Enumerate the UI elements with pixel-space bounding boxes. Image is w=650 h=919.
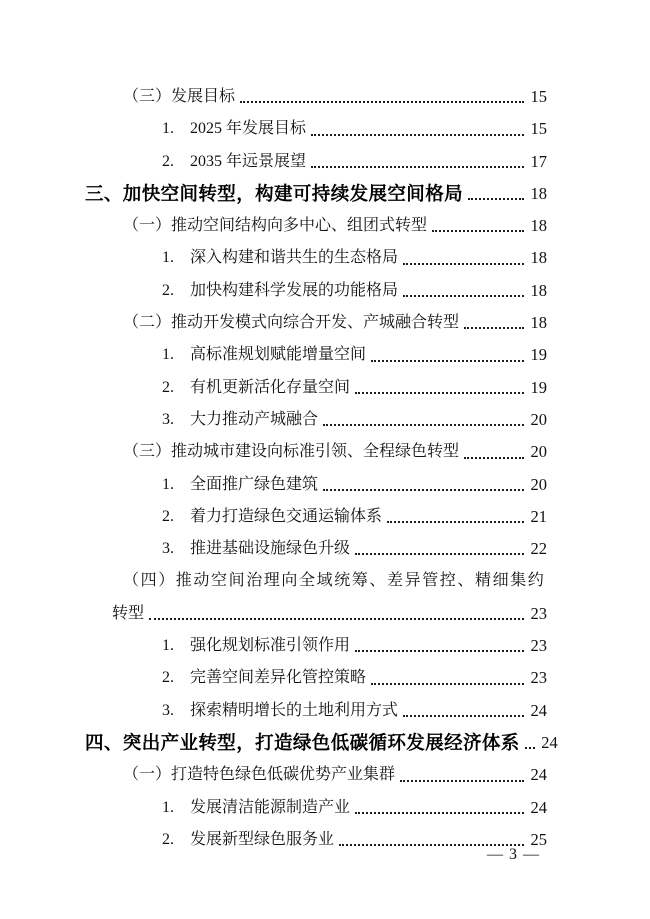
toc-dot-leader <box>464 457 524 459</box>
toc-entry-label: 3. 探索精明增长的土地利用方式 <box>162 695 398 727</box>
toc-entry-label: 2. 完善空间差异化管控策略 <box>162 662 366 694</box>
toc-entry-label: （三）发展目标 <box>123 81 235 113</box>
toc-page-number: 18 <box>527 210 547 242</box>
toc-dot-leader <box>323 424 524 426</box>
toc-dot-leader <box>403 715 524 717</box>
toc-entry: （三）推动城市建设向标准引领、全程绿色转型 20 <box>123 436 547 468</box>
toc-entry: 1. 深入构建和谐共生的生态格局 18 <box>162 242 547 274</box>
toc-dot-leader <box>387 521 524 523</box>
toc-entry: 1. 强化规划标准引领作用 23 <box>162 630 547 662</box>
toc-page-number: 18 <box>527 242 547 274</box>
table-of-contents: （三）发展目标 15 1. 2025 年发展目标 15 2. 2035 年远景展… <box>85 81 547 856</box>
toc-page-number: 18 <box>527 178 547 210</box>
toc-entry: 2. 完善空间差异化管控策略 23 <box>162 662 547 694</box>
toc-page-number: 23 <box>527 630 547 662</box>
toc-entry: 3. 探索精明增长的土地利用方式 24 <box>162 695 547 727</box>
toc-page-number: 18 <box>527 307 547 339</box>
toc-page-number: 19 <box>527 372 547 404</box>
toc-entry-wrapped-second-line: 转型 23 <box>112 598 547 630</box>
toc-entry: 3. 大力推动产城融合 20 <box>162 404 547 436</box>
toc-entry: 3. 推进基础设施绿色升级 22 <box>162 533 547 565</box>
toc-entry-label: 三、加快空间转型，构建可持续发展空间格局 <box>85 178 463 210</box>
toc-entry: 2. 2035 年远景展望 17 <box>162 146 547 178</box>
toc-page-number: 23 <box>527 598 547 630</box>
toc-entry: 1. 2025 年发展目标 15 <box>162 113 547 145</box>
toc-page-number: 24 <box>527 759 547 791</box>
toc-entry-label: 2. 发展新型绿色服务业 <box>162 824 334 856</box>
toc-dot-leader <box>432 230 524 232</box>
toc-entry-label: 2. 2035 年远景展望 <box>162 146 306 178</box>
toc-entry-label: 转型 <box>112 598 144 630</box>
toc-page-number: 15 <box>527 81 547 113</box>
toc-entry-label: （一）打造特色绿色低碳优势产业集群 <box>123 759 395 791</box>
toc-entry: 1. 发展清洁能源制造产业 24 <box>162 792 547 824</box>
toc-page-number: 20 <box>527 436 547 468</box>
toc-dot-leader <box>400 780 524 782</box>
toc-dot-leader <box>464 327 524 329</box>
toc-page-number: 20 <box>527 404 547 436</box>
toc-entry-label: 四、突出产业转型，打造绿色低碳循环发展经济体系 <box>85 727 520 759</box>
toc-page-number: 24 <box>538 727 558 759</box>
toc-entry: 2. 着力打造绿色交通运输体系 21 <box>162 501 547 533</box>
toc-entry-label: （三）推动城市建设向标准引领、全程绿色转型 <box>123 436 459 468</box>
toc-entry-label: （四）推动空间治理向全域统筹、差异管控、精细集约 <box>123 565 547 597</box>
toc-dot-leader <box>403 295 524 297</box>
toc-entry-label: 1. 发展清洁能源制造产业 <box>162 792 350 824</box>
toc-dot-leader <box>403 263 524 265</box>
toc-entry-chapter: 四、突出产业转型，打造绿色低碳循环发展经济体系 24 <box>85 727 547 759</box>
toc-entry-label: 3. 推进基础设施绿色升级 <box>162 533 350 565</box>
toc-entry-chapter: 三、加快空间转型，构建可持续发展空间格局 18 <box>85 178 547 210</box>
toc-page-number: 20 <box>527 469 547 501</box>
toc-dot-leader <box>355 812 524 814</box>
toc-page-number: 23 <box>527 662 547 694</box>
toc-entry-label: 3. 大力推动产城融合 <box>162 404 318 436</box>
toc-entry: 1. 高标准规划赋能增量空间 19 <box>162 339 547 371</box>
toc-entry-wrapped-first-line: （四）推动空间治理向全域统筹、差异管控、精细集约 <box>123 565 547 597</box>
toc-dot-leader <box>371 683 524 685</box>
page-number-footer: — 3 — <box>487 846 540 864</box>
toc-dot-leader <box>323 489 524 491</box>
toc-dot-leader <box>149 618 524 620</box>
toc-page-number: 24 <box>527 792 547 824</box>
toc-page-number: 18 <box>527 275 547 307</box>
toc-entry: 1. 全面推广绿色建筑 20 <box>162 469 547 501</box>
toc-page-number: 17 <box>527 146 547 178</box>
toc-entry-label: （二）推动开发模式向综合开发、产城融合转型 <box>123 307 459 339</box>
toc-entry: （一）推动空间结构向多中心、组团式转型 18 <box>123 210 547 242</box>
toc-entry: 2. 有机更新活化存量空间 19 <box>162 372 547 404</box>
toc-dot-leader <box>355 650 524 652</box>
toc-entry: 2. 加快构建科学发展的功能格局 18 <box>162 275 547 307</box>
toc-entry-label: 1. 全面推广绿色建筑 <box>162 469 318 501</box>
toc-entry-label: 2. 着力打造绿色交通运输体系 <box>162 501 382 533</box>
toc-dot-leader <box>240 101 524 103</box>
toc-entry: （二）推动开发模式向综合开发、产城融合转型 18 <box>123 307 547 339</box>
toc-entry: （一）打造特色绿色低碳优势产业集群 24 <box>123 759 547 791</box>
toc-page-number: 22 <box>527 533 547 565</box>
toc-dot-leader <box>525 747 535 749</box>
toc-entry-label: 1. 强化规划标准引领作用 <box>162 630 350 662</box>
toc-entry-label: 1. 2025 年发展目标 <box>162 113 306 145</box>
toc-entry-label: 1. 高标准规划赋能增量空间 <box>162 339 366 371</box>
toc-entry: （三）发展目标 15 <box>123 81 547 113</box>
document-page: （三）发展目标 15 1. 2025 年发展目标 15 2. 2035 年远景展… <box>0 0 650 919</box>
toc-dot-leader <box>468 198 524 200</box>
toc-page-number: 19 <box>527 339 547 371</box>
toc-page-number: 15 <box>527 113 547 145</box>
toc-page-number: 24 <box>527 695 547 727</box>
toc-entry-label: 2. 有机更新活化存量空间 <box>162 372 350 404</box>
toc-dot-leader <box>371 360 524 362</box>
toc-page-number: 21 <box>527 501 547 533</box>
toc-entry-label: （一）推动空间结构向多中心、组团式转型 <box>123 210 427 242</box>
toc-dot-leader <box>311 134 524 136</box>
toc-entry-label: 1. 深入构建和谐共生的生态格局 <box>162 242 398 274</box>
toc-dot-leader <box>355 392 524 394</box>
toc-dot-leader <box>355 553 524 555</box>
toc-dot-leader <box>311 166 524 168</box>
toc-entry-label: 2. 加快构建科学发展的功能格局 <box>162 275 398 307</box>
